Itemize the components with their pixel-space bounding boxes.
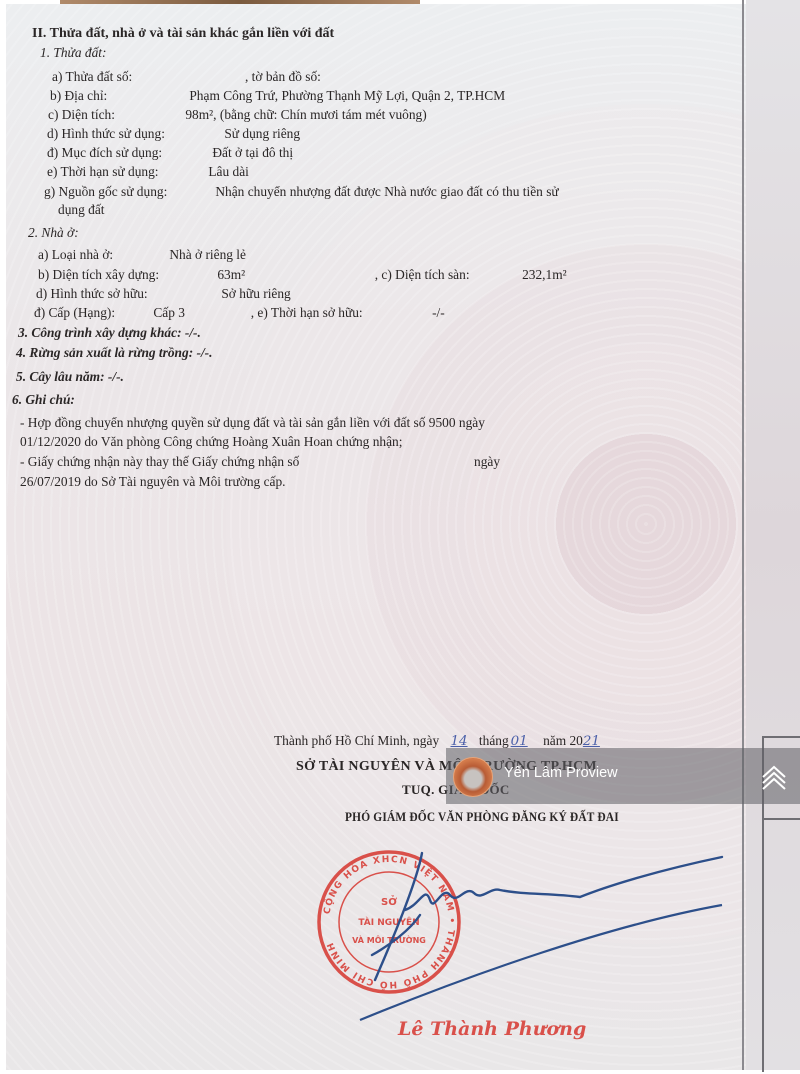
- purpose-row: đ) Mục đích sử dụng: Đất ở tại đô thị: [47, 143, 293, 162]
- grade-row: đ) Cấp (Hạng): Cấp 3 , e) Thời hạn sở hữ…: [34, 303, 445, 322]
- purpose-label: đ) Mục đích sử dụng:: [47, 143, 209, 162]
- house-heading: 2. Nhà ở:: [28, 223, 79, 242]
- note2-date-label: ngày: [474, 454, 500, 469]
- use-form-value: Sử dụng riêng: [224, 124, 300, 143]
- address-row: b) Địa chỉ: Phạm Công Trứ, Phường Thạnh …: [50, 86, 505, 105]
- handwritten-signature: [350, 845, 730, 1035]
- note1-line2: 01/12/2020 do Văn phòng Công chứng Hoàng…: [20, 432, 402, 451]
- origin-label: g) Nguồn gốc sử dụng:: [44, 182, 212, 201]
- month-label: tháng: [479, 733, 509, 748]
- floor-area-value: 232,1m²: [522, 265, 567, 284]
- term-row: e) Thời hạn sử dụng: Lâu dài: [47, 162, 249, 181]
- note2-text: - Giấy chứng nhận này thay thế Giấy chứn…: [20, 454, 299, 469]
- signer-title: PHÓ GIÁM ĐỐC VĂN PHÒNG ĐĂNG KÝ ĐẤT ĐAI: [345, 808, 619, 827]
- video-channel-overlay: [446, 748, 800, 804]
- house-type-value: Nhà ở riêng lẻ: [169, 245, 246, 264]
- address-label: b) Địa chỉ:: [50, 86, 186, 105]
- ownership-term-value: -/-: [432, 303, 445, 322]
- origin-row: g) Nguồn gốc sử dụng: Nhận chuyển nhượng…: [44, 182, 559, 201]
- ownership-form-label: d) Hình thức sở hữu:: [36, 284, 218, 303]
- other-construction: 3. Công trình xây dựng khác: -/-.: [18, 323, 201, 342]
- ownership-term-label: , e) Thời hạn sở hữu:: [251, 303, 429, 322]
- page-fold-line: [742, 0, 744, 1070]
- grade-label: đ) Cấp (Hạng):: [34, 303, 150, 322]
- map-sheet-label: , tờ bản đồ số:: [245, 67, 321, 86]
- ownership-form-value: Sở hữu riêng: [221, 284, 290, 303]
- area-row: c) Diện tích: 98m², (bằng chữ: Chín mươi…: [48, 105, 427, 124]
- perennial-trees: 5. Cây lâu năm: -/-.: [16, 367, 124, 386]
- house-type-row: a) Loại nhà ở: Nhà ở riêng lẻ: [38, 245, 246, 264]
- origin-value: Nhận chuyển nhượng đất được Nhà nước gia…: [215, 182, 558, 201]
- parcel-label: a) Thửa đất số:: [52, 67, 132, 86]
- build-area-row: b) Diện tích xây dựng: 63m² , c) Diện tí…: [38, 265, 567, 284]
- section-title: II. Thửa đất, nhà ở và tài sản khác gắn …: [32, 24, 334, 43]
- date-year-suffix: 21: [583, 734, 600, 749]
- date-month: 01: [511, 734, 528, 749]
- collapse-chevrons-icon[interactable]: [759, 763, 789, 793]
- note2-line2: 26/07/2019 do Sở Tài nguyên và Môi trườn…: [20, 472, 286, 491]
- channel-avatar[interactable]: [453, 757, 493, 797]
- parcel-row: a) Thửa đất số: , tờ bản đồ số:: [52, 67, 321, 86]
- land-heading: 1. Thửa đất:: [40, 43, 106, 62]
- purpose-value: Đất ở tại đô thị: [212, 143, 293, 162]
- year-label: năm 20: [543, 733, 583, 748]
- date-day: 14: [451, 734, 468, 749]
- house-type-label: a) Loại nhà ở:: [38, 245, 166, 264]
- production-forest: 4. Rừng sản xuất là rừng trồng: -/-.: [16, 343, 213, 362]
- term-value: Lâu dài: [208, 162, 249, 181]
- channel-name[interactable]: Yến Lâm Proview: [504, 765, 618, 781]
- floor-area-label: , c) Diện tích sàn:: [375, 265, 519, 284]
- use-form-row: d) Hình thức sử dụng: Sử dụng riêng: [47, 124, 300, 143]
- note1-line1: - Hợp đồng chuyển nhượng quyền sử dụng đ…: [20, 413, 485, 432]
- term-label: e) Thời hạn sử dụng:: [47, 162, 205, 181]
- ownership-form-row: d) Hình thức sở hữu: Sở hữu riêng: [36, 284, 291, 303]
- grade-value: Cấp 3: [153, 303, 247, 322]
- note2-line1: - Giấy chứng nhận này thay thế Giấy chứn…: [20, 452, 500, 471]
- address-value: Phạm Công Trứ, Phường Thạnh Mỹ Lợi, Quận…: [189, 86, 505, 105]
- build-area-value: 63m²: [217, 265, 371, 284]
- area-value: 98m², (bằng chữ: Chín mươi tám mét vuông…: [185, 105, 426, 124]
- place-date-prefix: Thành phố Hồ Chí Minh, ngày: [274, 733, 439, 748]
- build-area-label: b) Diện tích xây dựng:: [38, 265, 214, 284]
- notes-heading: 6. Ghi chú:: [12, 390, 75, 409]
- area-label: c) Diện tích:: [48, 105, 182, 124]
- origin-value-cont: dụng đất: [58, 200, 105, 219]
- use-form-label: d) Hình thức sử dụng:: [47, 124, 221, 143]
